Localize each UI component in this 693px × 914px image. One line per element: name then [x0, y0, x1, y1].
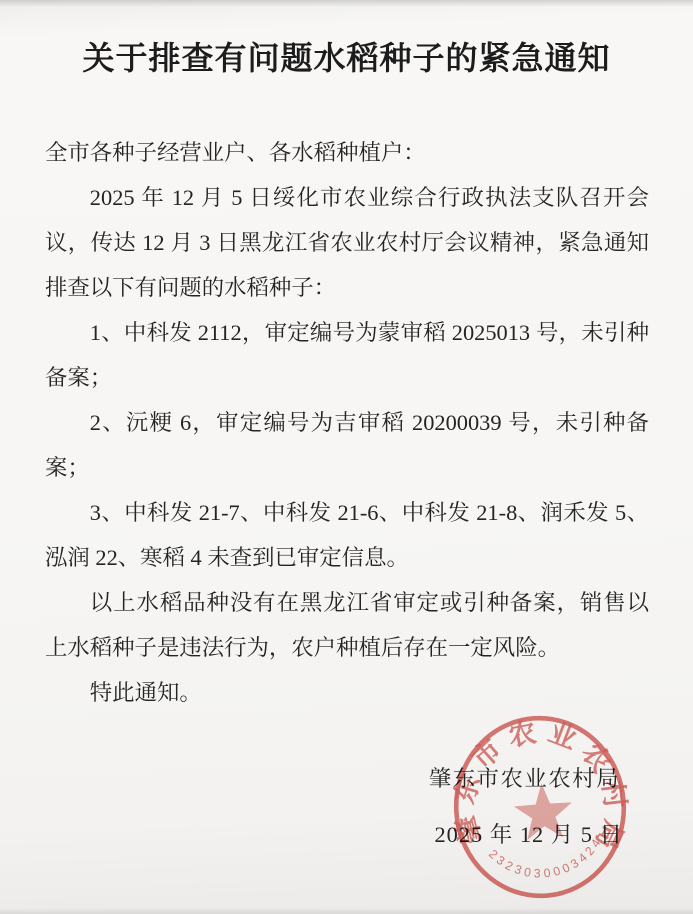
scanned-notice-page: 关于排查有问题水稻种子的紧急通知 全市各种子经营业户、各水稻种植户： 2025 … [0, 0, 693, 914]
intro-paragraph: 2025 年 12 月 5 日绥化市农业综合行政执法支队召开会议，传达 12 月… [45, 175, 649, 310]
seed-item-3: 3、中科发 21-7、中科发 21-6、中科发 21-8、润禾发 5、泓润 22… [45, 490, 649, 580]
seed-item-1: 1、中科发 2112，审定编号为蒙审稻 2025013 号，未引种备案； [45, 310, 649, 400]
signature-block: 肇东市农业农村局 2025 年 12 月 5 日 [429, 764, 623, 850]
issuing-agency: 肇东市农业农村局 [429, 764, 620, 794]
warning-paragraph: 以上水稻品种没有在黑龙江省审定或引种备案，销售以上水稻种子是违法行为，农户种植后… [45, 580, 649, 670]
closing-line: 特此通知。 [45, 670, 649, 715]
notice-title: 关于排查有问题水稻种子的紧急通知 [0, 33, 693, 79]
notice-body: 全市各种子经营业户、各水稻种植户： 2025 年 12 月 5 日绥化市农业综合… [45, 130, 649, 715]
issue-date: 2025 年 12 月 5 日 [429, 820, 623, 850]
seed-item-2: 2、沅粳 6，审定编号为吉审稻 20200039 号，未引种备案； [45, 400, 649, 490]
salutation-line: 全市各种子经营业户、各水稻种植户： [45, 130, 649, 175]
